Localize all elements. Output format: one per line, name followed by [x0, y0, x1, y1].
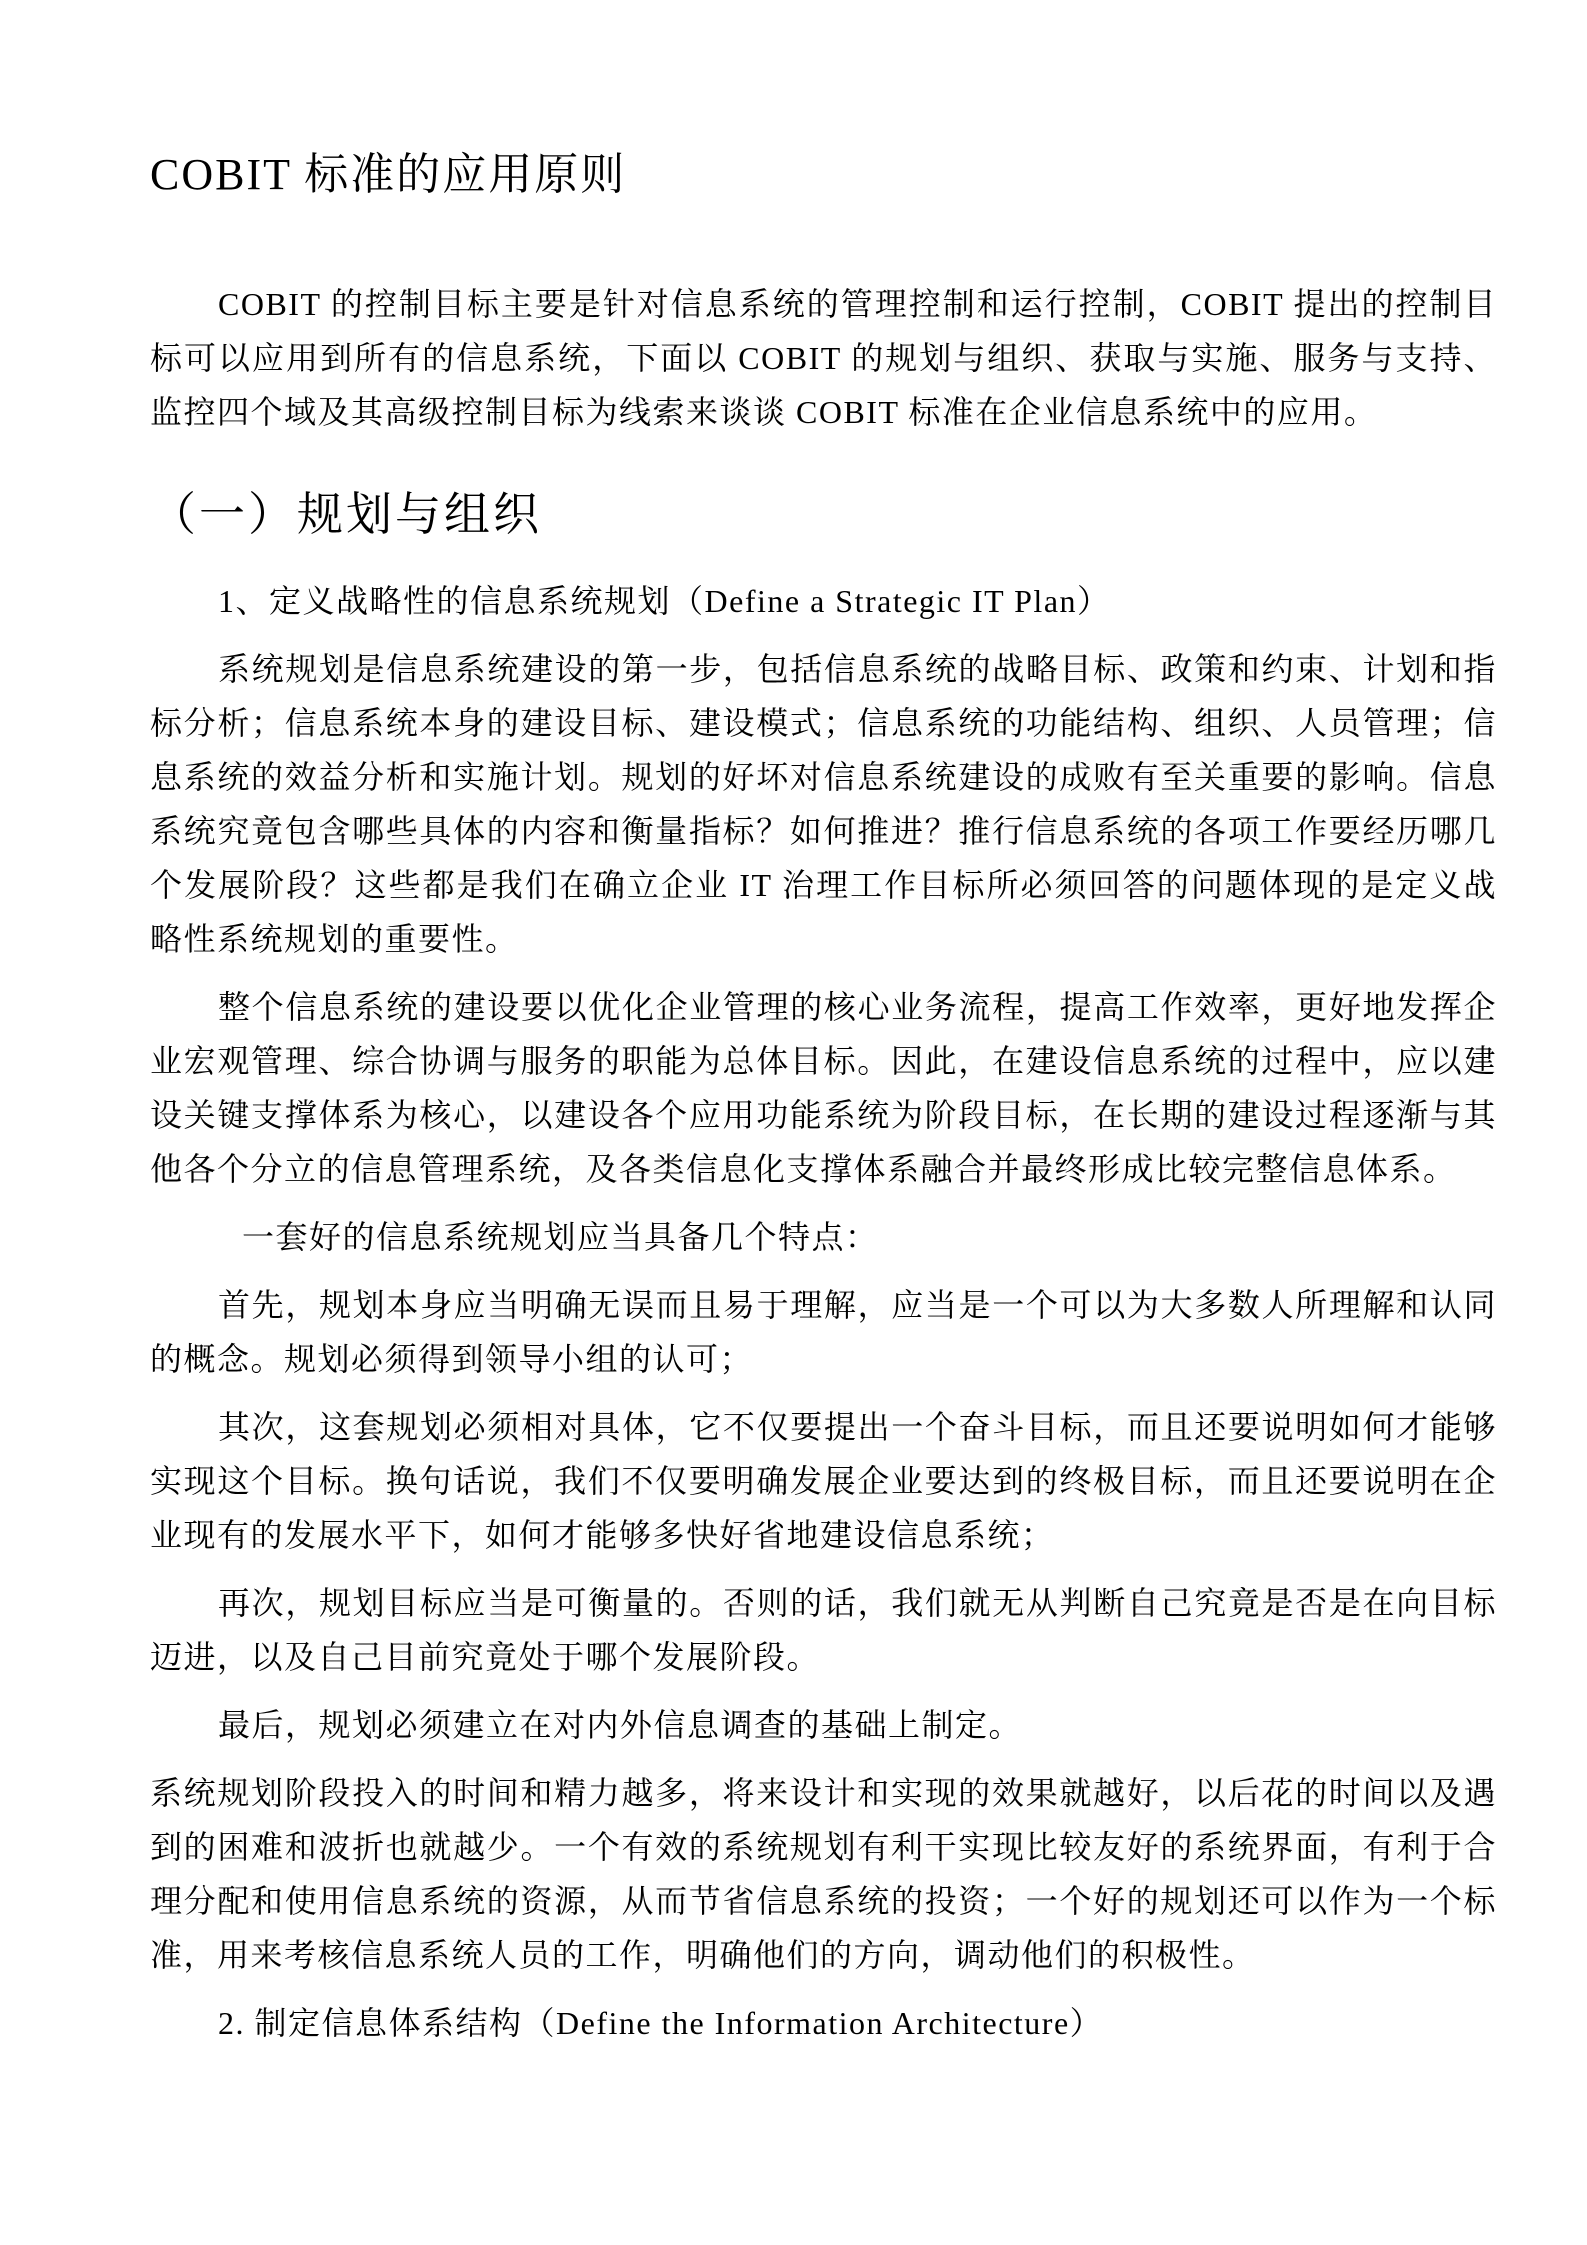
section-heading: （一）规划与组织	[150, 485, 1497, 545]
paragraph-thirdly: 再次，规划目标应当是可衡量的。否则的话，我们就无从判断自己究竟是否是在向目标迈进…	[150, 1576, 1497, 1684]
list-item-2-heading: 2. 制定信息体系结构（Define the Information Archi…	[150, 1996, 1497, 2050]
paragraph-planning-investment: 系统规划阶段投入的时间和精力越多，将来设计和实现的效果就越好，以后花的时间以及遇…	[150, 1766, 1497, 1982]
paragraph-secondly: 其次，这套规划必须相对具体，它不仅要提出一个奋斗目标，而且还要说明如何才能够实现…	[150, 1400, 1497, 1562]
paragraph-firstly: 首先，规划本身应当明确无误而且易于理解，应当是一个可以为大多数人所理解和认同的概…	[150, 1278, 1497, 1386]
page-title: COBIT 标准的应用原则	[150, 150, 1497, 201]
paragraph-lastly: 最后，规划必须建立在对内外信息调查的基础上制定。	[150, 1698, 1497, 1752]
list-item-1-heading: 1、定义战略性的信息系统规划（Define a Strategic IT Pla…	[150, 574, 1497, 628]
paragraph-good-plan-traits: 一套好的信息系统规划应当具备几个特点：	[150, 1210, 1497, 1264]
paragraph-system-planning: 系统规划是信息系统建设的第一步，包括信息系统的战略目标、政策和约束、计划和指标分…	[150, 642, 1497, 966]
document-page: COBIT 标准的应用原则 COBIT 的控制目标主要是针对信息系统的管理控制和…	[0, 0, 1587, 2245]
paragraph-overall-goal: 整个信息系统的建设要以优化企业管理的核心业务流程，提高工作效率，更好地发挥企业宏…	[150, 980, 1497, 1196]
intro-paragraph: COBIT 的控制目标主要是针对信息系统的管理控制和运行控制，COBIT 提出的…	[150, 277, 1497, 439]
